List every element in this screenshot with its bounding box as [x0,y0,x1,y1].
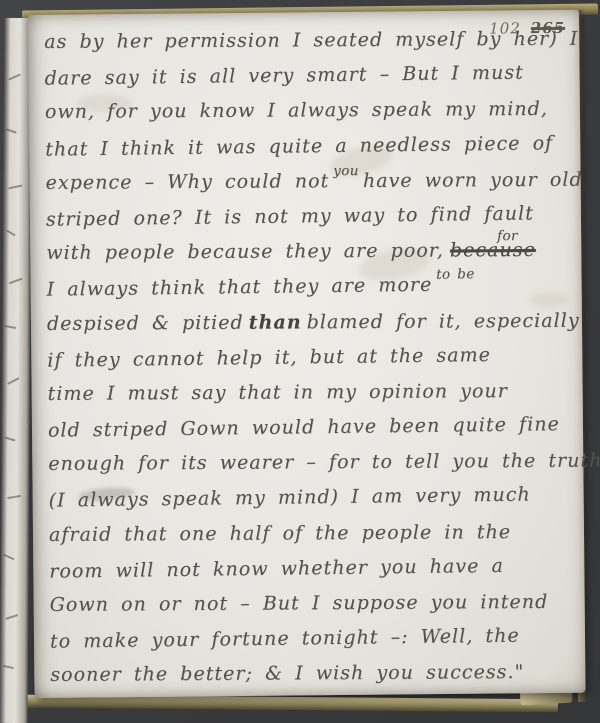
manuscript-line: if they cannot help it, but at the same [47,337,568,379]
manuscript-line: striped one? It is not my way to find fa… [46,196,567,238]
manuscript-text-block: as by her permission I seated myself by … [28,10,585,695]
manuscript-line: dare say it is all very smart – But I mu… [44,55,565,97]
manuscript-line: own, for you know I always speak my mind… [45,92,566,130]
marginal-ink-mark [8,73,21,80]
line-segment: with people because they are poor, [46,240,444,264]
manuscript-line: sooner the better; & I wish you success.… [50,655,571,693]
marginal-ink-mark [6,128,17,133]
manuscript-page: 102265 as by her permission I seated mys… [28,10,586,698]
interlinear-insertion: you [333,154,359,189]
manuscript-photo: 102265 as by her permission I seated mys… [0,0,600,723]
line-segment: expence – Why could not [46,170,330,194]
marginal-ink-mark [6,230,16,237]
manuscript-line: I always think that they are moreto be [46,266,567,308]
manuscript-line: expence – Why could notyouhave worn your… [46,162,567,200]
interlinear-insertion: to be [436,258,475,294]
book-bottom-page-edges [26,695,558,713]
manuscript-line: with people because they are poor,becaus… [46,233,567,271]
line-segment: despised & pitied [47,311,244,334]
marginal-ink-mark [8,185,22,190]
facing-page-edge [0,18,32,723]
line-segment: I always think that they are more [46,274,432,301]
marginal-ink-mark [7,495,21,499]
manuscript-line: enough for its wearer – for to tell you … [48,444,569,482]
manuscript-line: Gown on or not – But I suppose you inten… [50,585,571,623]
manuscript-line: despised & pitiedthanblamed for it, espe… [47,303,568,341]
marginal-ink-mark [4,325,16,329]
marginal-ink-mark [4,436,15,441]
marginal-ink-mark [9,278,23,285]
marginal-ink-mark [7,377,19,385]
manuscript-line: afraid that one half of the people in th… [49,514,570,552]
manuscript-line: room will not know whether you have a [49,548,570,590]
manuscript-line: to make your fortune tonight –: Well, th… [50,618,571,660]
marginal-ink-mark [3,665,14,669]
manuscript-line: time I must say that in my opinion your [48,374,569,412]
marginal-ink-mark [3,554,15,561]
manuscript-line: (I always speak my mind) I am very much [48,477,569,519]
manuscript-line: as by her permission I seated myself by … [44,22,565,60]
manuscript-line: that I think it was quite a needless pie… [45,126,566,168]
interlinear-insertion: for [497,219,518,254]
marginal-ink-mark [5,614,18,620]
manuscript-line: old striped Gown would have been quite f… [48,407,569,449]
line-segment: blamed for it, especially [307,309,580,333]
overwritten-word: than [249,311,302,333]
line-segment: have worn your old [363,168,583,191]
